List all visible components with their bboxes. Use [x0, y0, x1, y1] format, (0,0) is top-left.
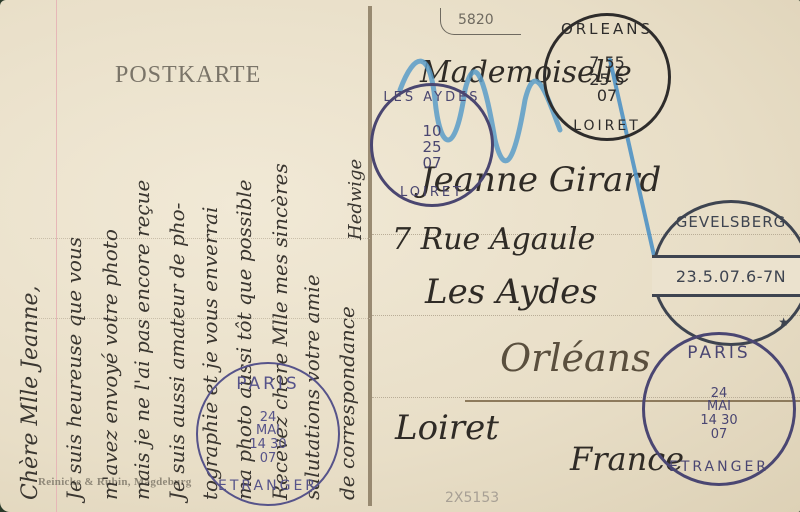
message-line: mais je ne l'ai pas encore reçue	[130, 180, 154, 500]
address-city: Orléans	[500, 336, 651, 380]
postmark-year: 07	[711, 428, 728, 442]
postmark-region: LOIRET	[546, 118, 668, 134]
postmark-day: 24	[711, 387, 728, 401]
margin-line	[56, 0, 57, 512]
postmark-city: PARIS	[645, 343, 793, 363]
postmark-year: 07	[422, 156, 441, 172]
postmark-town: ORLEANS	[546, 20, 668, 38]
message-line: m'avez envoyé votre photo	[98, 229, 122, 500]
postmark-year: 07	[260, 452, 277, 466]
postmark-month: MAI	[707, 400, 731, 414]
postmark-time: 14 30	[700, 414, 737, 428]
message-line: Chère Mlle Jeanne,	[18, 286, 43, 500]
postmark-year: 07	[597, 88, 617, 105]
message-line: Je suis aussi amateur de pho-	[165, 203, 189, 500]
postmark-day: 24	[260, 411, 277, 425]
pencil-note: 2X5153	[445, 490, 499, 506]
postmark-time: 14 30	[249, 438, 286, 452]
signature: Hedwige	[345, 159, 366, 240]
postmark-gevelsberg: GEVELSBERG 23.5.07.6-7N ★	[652, 200, 800, 346]
postmark-paris-etranger: PARIS 24 MAI 14 30 07 ETRANGER	[642, 332, 796, 486]
postmark-date-bar: 23.5.07.6-7N	[652, 255, 800, 297]
postmark-month: MAI	[256, 424, 280, 438]
reference-number: 5820	[458, 12, 494, 28]
card-divider-line	[368, 6, 372, 506]
message-line: Je suis heureuse que vous	[62, 237, 86, 500]
postmark-service: ETRANGER	[198, 478, 338, 494]
postmark-town: LES AYDES	[373, 90, 491, 105]
address-department: Loiret	[395, 408, 499, 448]
message-line: de correspondance	[335, 306, 359, 500]
postmark-paris-etranger-left: PARIS 24 MAI 14 30 07 ETRANGER	[196, 362, 340, 506]
star-icon: ★	[778, 315, 789, 329]
postmark-service: ETRANGER	[645, 459, 793, 475]
address-locality: Les Aydes	[425, 272, 598, 312]
postmark-city: PARIS	[198, 374, 338, 394]
postmark-orleans: ORLEANS 7 55 25 5 07 LOIRET	[543, 13, 671, 141]
postmark-town: GEVELSBERG	[655, 213, 800, 231]
postkarte-header: POSTKARTE	[115, 62, 261, 89]
postmark-region: LOIRET	[373, 185, 491, 200]
postmark-les-aydes: LES AYDES 10 25 07 LOIRET	[370, 83, 494, 207]
postcard-back: POSTKARTE Reinicke & Rubin, Magdeburg 58…	[0, 0, 800, 512]
